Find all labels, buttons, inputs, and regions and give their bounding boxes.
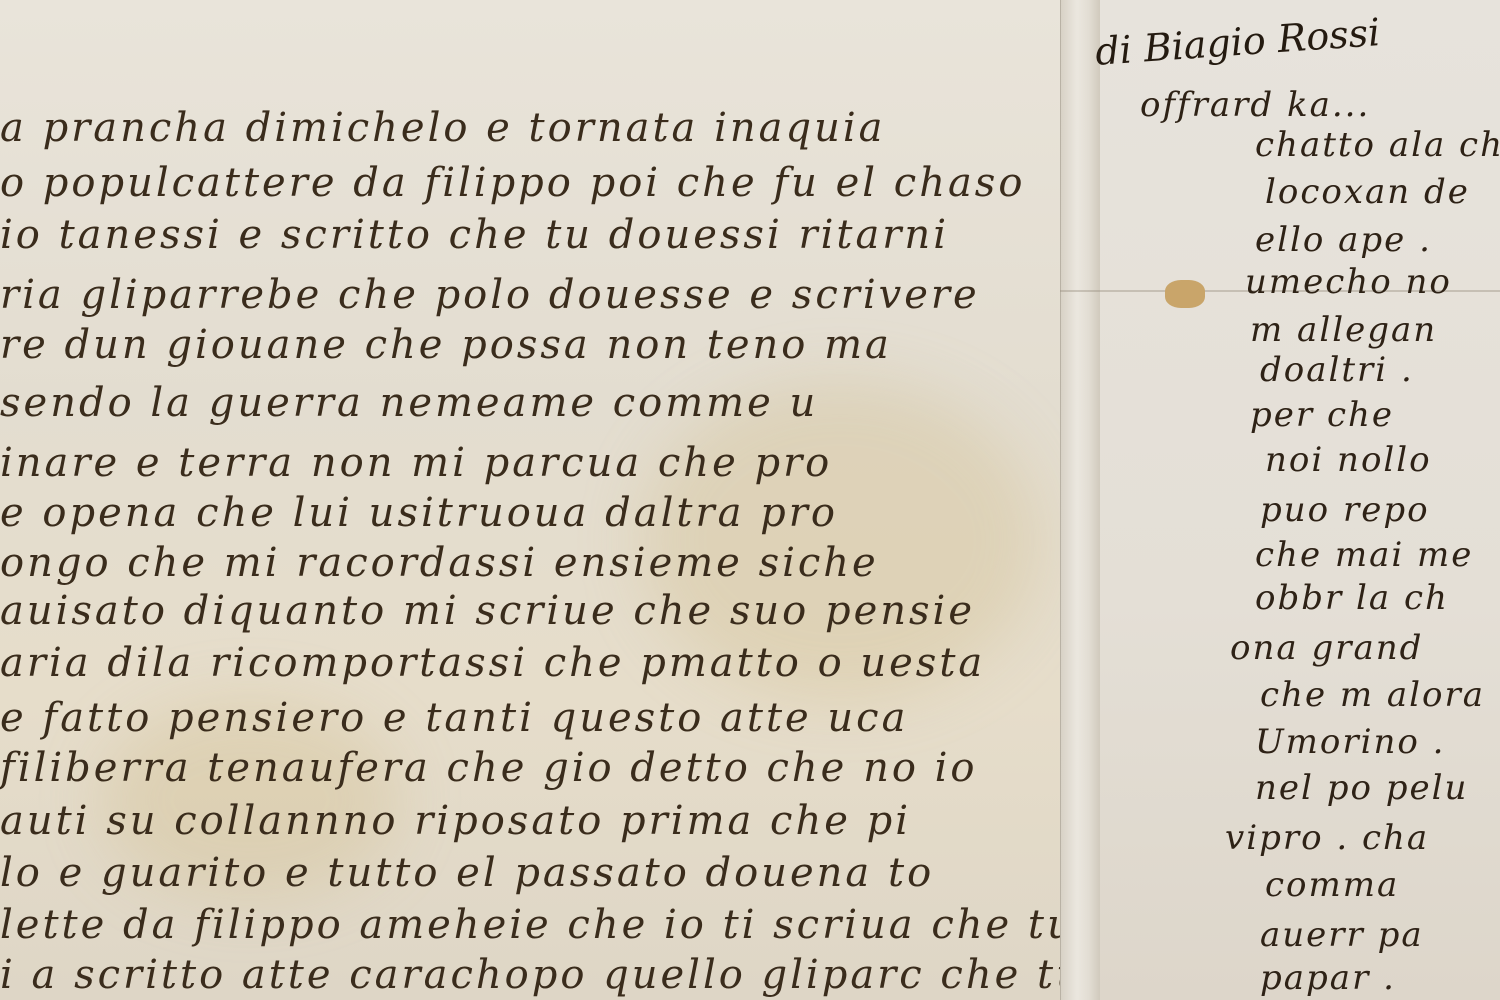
manuscript-line: auerr pa <box>1260 915 1424 955</box>
manuscript-line: sendo la guerra nemeame comme u <box>0 380 818 426</box>
manuscript-line: ongo che mi racordassi ensieme siche <box>0 540 879 586</box>
manuscript-line: inare e terra non mi parcua che pro <box>0 440 832 486</box>
manuscript-line: e fatto pensiero e tanti questo atte uca <box>0 695 908 741</box>
manuscript-line: io tanessi e scritto che tu douessi rita… <box>0 212 949 258</box>
manuscript-line: comma <box>1265 865 1399 905</box>
manuscript-line: nel po pelu <box>1255 768 1468 808</box>
manuscript-line: che mai me <box>1255 535 1473 575</box>
manuscript-line: o populcattere da filippo poi che fu el … <box>0 160 1025 206</box>
manuscript-line: ria gliparrebe che polo douesse e scrive… <box>0 272 980 318</box>
manuscript-line: ello ape . <box>1255 220 1432 260</box>
manuscript-line: a prancha dimichelo e tornata inaquia <box>0 105 886 151</box>
manuscript-line: auti su collannno riposato prima che pi <box>0 798 911 844</box>
manuscript-line: papar . <box>1260 958 1396 998</box>
paper-fold <box>1060 0 1102 1000</box>
manuscript-line: locoxan de <box>1265 172 1470 212</box>
manuscript-line: filiberra tenaufera che gio detto che no… <box>0 745 978 791</box>
manuscript-line: chatto ala ch <box>1255 125 1500 165</box>
manuscript-line: per che <box>1250 395 1394 435</box>
manuscript-line: offrard ka... <box>1140 85 1370 125</box>
manuscript-line: umecho no <box>1245 262 1452 302</box>
ink-stain <box>1165 280 1205 308</box>
manuscript-line: lo e guarito e tutto el passato douena t… <box>0 850 934 896</box>
manuscript-line: auisato diquanto mi scriue che suo pensi… <box>0 588 975 634</box>
manuscript-line: lette da filippo ameheie che io ti scriu… <box>0 902 1175 948</box>
manuscript-line: obbr la ch <box>1255 578 1449 618</box>
manuscript-line: re dun giouane che possa non teno ma <box>0 322 892 368</box>
left-manuscript-page: a prancha dimichelo e tornata inaquia o … <box>0 0 1060 1000</box>
manuscript-line: m allegan <box>1250 310 1437 350</box>
manuscript-line: e opena che lui usitruoua daltra pro <box>0 490 838 536</box>
manuscript-line: doaltri . <box>1260 350 1414 390</box>
manuscript-line: noi nollo <box>1265 440 1432 480</box>
manuscript-line: Umorino . <box>1255 722 1445 762</box>
manuscript-line: che m alora <box>1260 675 1485 715</box>
manuscript-line: vipro . cha <box>1225 818 1429 858</box>
manuscript-line: puo repo <box>1260 490 1430 530</box>
manuscript-line: i a scritto atte carachopo quello glipar… <box>0 952 1085 998</box>
manuscript-line: aria dila ricomportassi che pmatto o ues… <box>0 640 985 686</box>
manuscript-line: ona grand <box>1230 628 1423 668</box>
